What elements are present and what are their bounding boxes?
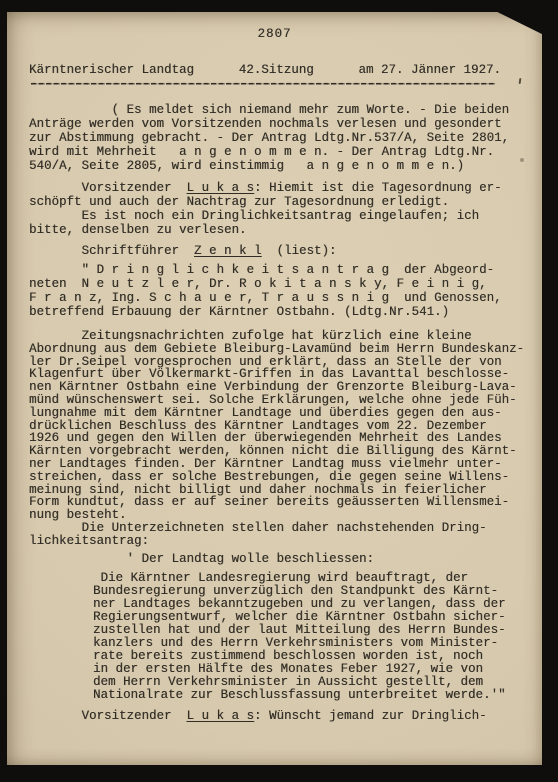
session-header: Kärntnerischer Landtag 42.Sitzung am 27.… xyxy=(29,63,501,77)
statement-text: : Wünscht jemand zur Dringlich- xyxy=(254,709,487,723)
paragraph-resolution-text: Die Kärntner Landesregierung wird beauft… xyxy=(93,572,542,702)
scan-artifact-speck xyxy=(520,158,524,162)
paragraph-motion-rationale: Zeitungsnachrichten zufolge hat kürzlich… xyxy=(29,330,542,548)
scanned-page: 2807 Kärntnerischer Landtag 42.Sitzung a… xyxy=(7,12,542,765)
dashed-divider: ----------------------------------------… xyxy=(29,77,504,91)
paragraph-resolution-lead: ' Der Landtag wolle beschliessen: xyxy=(29,552,542,566)
speaker-prefix: Vorsitzender xyxy=(29,181,187,195)
speaker-name-lukas: L u k a s xyxy=(187,181,255,195)
speaker-name-zenkl: Z e n k l xyxy=(194,244,262,258)
header-date: am 27. Jänner 1927. xyxy=(358,63,501,77)
paragraph-secretary-reads: Schriftführer Z e n k l (liest): xyxy=(29,244,542,258)
page-number: 2807 xyxy=(7,12,542,41)
paragraph-voting-note: ( Es meldet sich niemand mehr zum Worte.… xyxy=(29,103,542,173)
header-body-name: Kärntnerischer Landtag xyxy=(29,63,194,77)
paragraph-motion-title: " D r i n g l i c h k e i t s a n t r a … xyxy=(29,263,542,319)
speaker-prefix: Schriftführer xyxy=(29,244,194,258)
speaker-prefix: Vorsitzender xyxy=(29,709,187,723)
paragraph-chair-closing: Vorsitzender L u k a s: Wünscht jemand z… xyxy=(29,709,542,723)
paragraph-chair-statement: Vorsitzender L u k a s: Hiemit ist die T… xyxy=(29,181,542,237)
statement-text: (liest): xyxy=(262,244,337,258)
scan-corner-shadow xyxy=(473,0,558,42)
speaker-name-lukas: L u k a s xyxy=(187,709,255,723)
scan-artifact-speck xyxy=(519,78,522,84)
header-session-number: 42.Sitzung xyxy=(239,63,314,77)
